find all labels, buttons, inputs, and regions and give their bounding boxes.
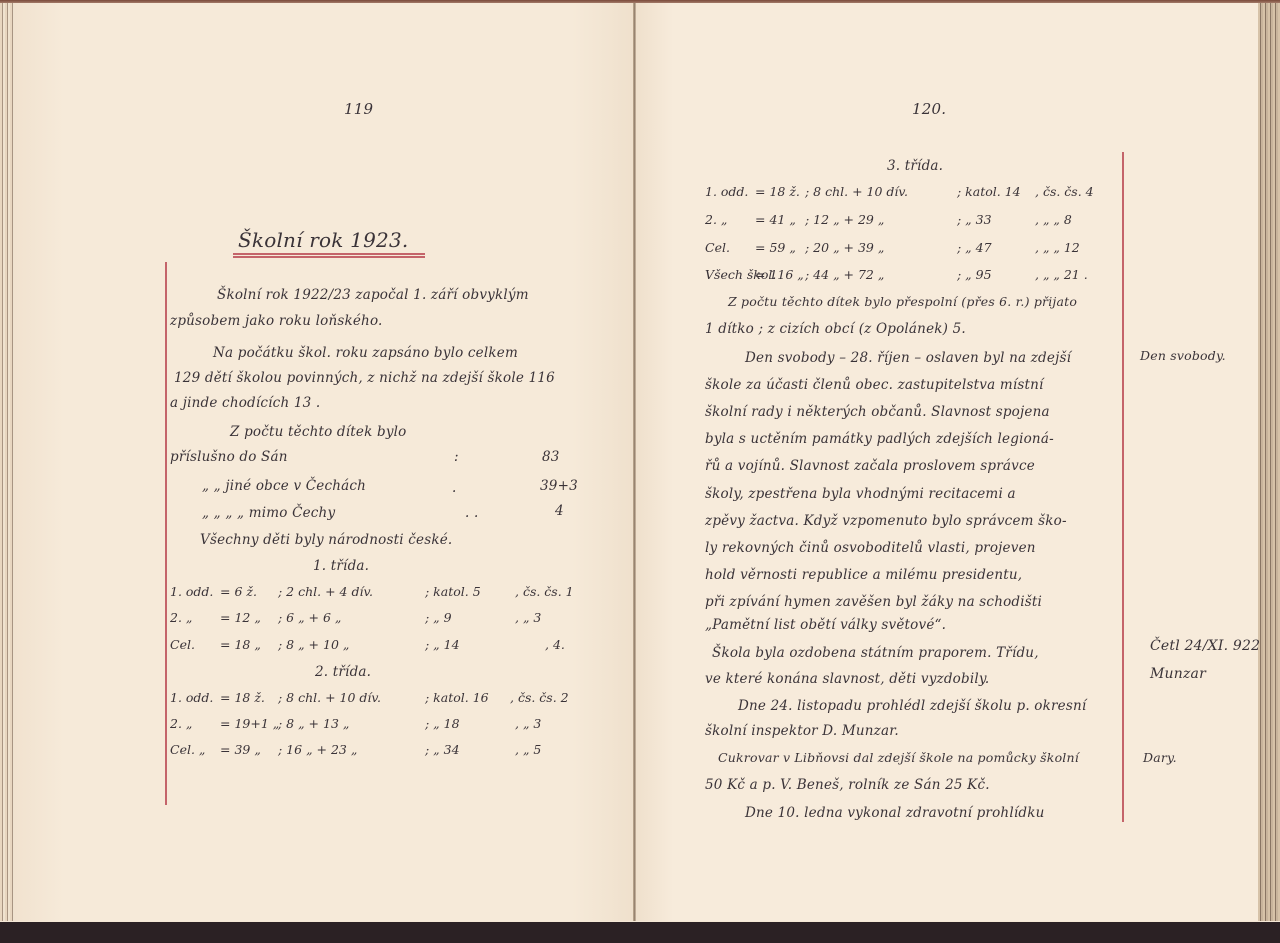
margin-note-den-svobody: Den svobody.	[1140, 348, 1226, 363]
inspection-signature: Munzar	[1150, 666, 1206, 682]
row-religion: ; „ 9	[425, 610, 452, 625]
row-gender: ; 6 „ + 6 „	[278, 610, 341, 625]
row-religion: ; katol. 14	[957, 184, 1021, 199]
row-other: , čs. čs. 4	[1035, 184, 1094, 199]
body-line: při zpívání hymen zavěšen byl žáky na sc…	[705, 594, 1042, 610]
domicile-label: „ „ jiné obce v Čechách	[202, 478, 366, 494]
body-line: řů a vojínů. Slavnost začala proslovem s…	[705, 458, 1035, 474]
row-gender: ; 8 chl. + 10 dív.	[278, 690, 381, 705]
row-total: = 6 ž.	[220, 584, 257, 599]
body-line: školní rady i některých občanů. Slavnost…	[705, 404, 1050, 420]
open-book: 119 Školní rok 1923. Školní rok 1922/23 …	[0, 0, 1280, 922]
body-line: školní inspektor D. Munzar.	[705, 723, 899, 739]
paragraph-line: a jinde chodících 13 .	[170, 395, 320, 411]
domicile-dots: .	[452, 480, 457, 496]
row-total: = 18 ž.	[220, 690, 265, 705]
title-underline	[233, 253, 425, 255]
row-other: , „ 3	[515, 610, 541, 625]
domicile-dots: . .	[465, 505, 478, 521]
row-label: 1. odd.	[170, 690, 213, 705]
body-line: Z počtu těchto dítek bylo přespolní (pře…	[728, 294, 1077, 309]
left-margin-line	[165, 262, 167, 805]
paragraph-line: Školní rok 1922/23 započal 1. září obvyk…	[217, 287, 529, 303]
row-label: 1. odd.	[705, 184, 748, 199]
body-line: školy, zpestřena byla vhodnými recitacem…	[705, 486, 1016, 502]
row-label: 1. odd.	[170, 584, 213, 599]
paragraph-line: Na počátku škol. roku zapsáno bylo celke…	[213, 345, 518, 361]
row-other: , „ „ 21 .	[1035, 267, 1088, 282]
body-line: ve které konána slavnost, děti vyzdobily…	[705, 671, 989, 687]
background-surface	[0, 922, 1280, 943]
body-line: zpěvy žactva. Když vzpomenuto bylo správ…	[705, 513, 1067, 529]
page-number-left: 119	[344, 100, 373, 118]
right-page-edges	[1258, 3, 1280, 921]
row-label: 2. „	[705, 212, 727, 227]
body-line: Škola byla ozdobena státním praporem. Tř…	[712, 645, 1039, 661]
row-gender: ; 12 „ + 29 „	[805, 212, 884, 227]
body-line: byla s uctěním památky padlých zdejších …	[705, 431, 1054, 447]
row-total: = 39 „	[220, 742, 261, 757]
domicile-value: 39+3	[540, 478, 578, 494]
domicile-value: 83	[542, 449, 560, 465]
row-label: Cel. „	[170, 742, 205, 757]
paragraph-line: způsobem jako roku loňského.	[170, 313, 383, 329]
class2-heading: 2. třída.	[315, 664, 371, 680]
row-other: , „ „ 12	[1035, 240, 1080, 255]
body-line: 1 dítko ; z cizích obcí (z Opolánek) 5.	[705, 321, 966, 337]
left-page-edges	[0, 3, 14, 921]
body-line: ly rekovných činů osvoboditelů vlasti, p…	[705, 540, 1036, 556]
row-religion: ; „ 47	[957, 240, 992, 255]
right-margin-line	[1122, 152, 1124, 822]
body-line: Dne 24. listopadu prohlédl zdejší školu …	[738, 698, 1086, 714]
row-other: , čs. čs. 2	[510, 690, 569, 705]
row-other: , 4.	[545, 637, 565, 652]
row-label: 2. „	[170, 610, 192, 625]
row-religion: ; katol. 5	[425, 584, 481, 599]
row-total: = 18 ž.	[755, 184, 800, 199]
body-line: hold věrnosti republice a milému preside…	[705, 567, 1022, 583]
row-gender: ; 20 „ + 39 „	[805, 240, 884, 255]
row-other: , „ 3	[515, 716, 541, 731]
row-gender: ; 8 „ + 10 „	[278, 637, 349, 652]
body-line: „Pamětní list obětí války světové“.	[705, 617, 946, 633]
row-religion: ; katol. 16	[425, 690, 489, 705]
row-other: , „ „ 8	[1035, 212, 1072, 227]
row-religion: ; „ 33	[957, 212, 992, 227]
domicile-label: „ „ „ „ mimo Čechy	[202, 505, 335, 521]
row-other: , „ 5	[515, 742, 541, 757]
row-total: = 41 „	[755, 212, 796, 227]
paragraph-line: 129 dětí školou povinných, z nichž na zd…	[174, 370, 555, 386]
title-underline-2	[233, 256, 425, 258]
row-gender: ; 8 „ + 13 „	[278, 716, 349, 731]
row-gender: ; 44 „ + 72 „	[805, 267, 884, 282]
body-line: 50 Kč a p. V. Beneš, rolník ze Sán 25 Kč…	[705, 777, 990, 793]
row-religion: ; „ 14	[425, 637, 460, 652]
row-gender: ; 16 „ + 23 „	[278, 742, 357, 757]
class3-heading: 3. třída.	[887, 158, 943, 174]
row-religion: ; „ 95	[957, 267, 992, 282]
row-total: = 19+1 „	[220, 716, 279, 731]
inspection-mark: Četl 24/XI. 922	[1150, 638, 1260, 654]
row-total: = 12 „	[220, 610, 261, 625]
body-line: škole za účasti členů obec. zastupitelst…	[705, 377, 1044, 393]
row-gender: ; 2 chl. + 4 dív.	[278, 584, 373, 599]
body-line: Den svobody – 28. říjen – oslaven byl na…	[745, 350, 1071, 366]
domicile-dots: :	[454, 449, 459, 465]
body-line: Dne 10. ledna vykonal zdravotní prohlídk…	[745, 805, 1044, 821]
row-label: Cel.	[170, 637, 195, 652]
row-other: , čs. čs. 1	[515, 584, 574, 599]
row-total: = 59 „	[755, 240, 796, 255]
row-religion: ; „ 18	[425, 716, 460, 731]
body-line: Cukrovar v Libňovsi dal zdejší škole na …	[718, 750, 1079, 765]
row-gender: ; 8 chl. + 10 dív.	[805, 184, 908, 199]
left-page	[14, 3, 634, 921]
domicile-value: 4	[555, 503, 564, 519]
row-label: Cel.	[705, 240, 730, 255]
nationality-line: Všechny děti byly národnosti české.	[200, 532, 452, 548]
domicile-label: příslušno do Sán	[170, 449, 288, 465]
row-religion: ; „ 34	[425, 742, 460, 757]
row-label: 2. „	[170, 716, 192, 731]
row-total: = 18 „	[220, 637, 261, 652]
row-total: = 116 „	[755, 267, 804, 282]
section-title: Školní rok 1923.	[238, 228, 408, 252]
class1-heading: 1. třída.	[313, 558, 369, 574]
paragraph-line: Z počtu těchto dítek bylo	[230, 424, 407, 440]
margin-note-dary: Dary.	[1143, 750, 1177, 765]
page-number-right: 120.	[912, 100, 946, 118]
